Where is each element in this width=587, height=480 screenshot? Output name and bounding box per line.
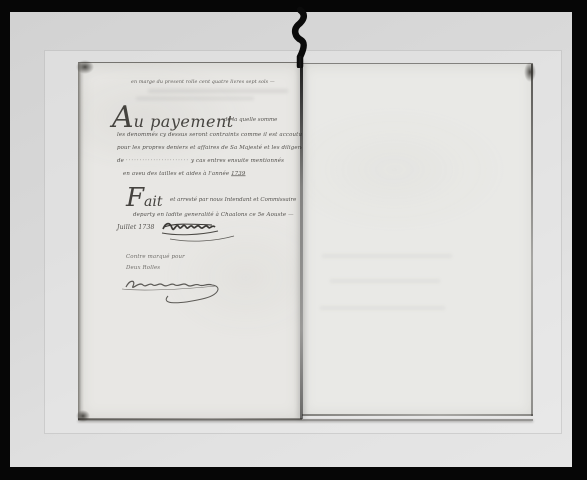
left-page-corner-smudge-top: [76, 60, 94, 74]
ink-showthrough: [320, 306, 445, 310]
payment-line-3: pour les propres deniers et affaires de …: [117, 144, 311, 150]
signature-scribble-daigremont: [118, 273, 236, 309]
fait-opening-line: Fait et arresté par nous Intendant et Co…: [126, 185, 163, 211]
right-page-blank: [302, 63, 533, 416]
payment-opening-line: Au payement de la quelle somme: [112, 103, 234, 133]
ribbon-bookmark: [288, 6, 314, 68]
payment-line-4: de ······················· y cas entres …: [117, 157, 284, 163]
payment-line-4-post: y cas entres ensuite mentionnés: [191, 157, 284, 163]
dotted-leader: ·······················: [126, 157, 189, 163]
fait-line-1: et arresté par nous Intendant et Commiss…: [170, 196, 296, 202]
payment-opening-word: u payement: [134, 112, 234, 131]
payment-line-4-pre: de: [117, 157, 124, 163]
right-page-corner-smudge: [524, 62, 536, 82]
left-page-torn-edge: [78, 63, 84, 420]
signature-scribble-intendant: [160, 215, 252, 245]
ink-showthrough: [322, 254, 452, 258]
ink-showthrough: [330, 279, 440, 283]
scanner-background: en marge du present rolle cent quatre li…: [10, 12, 572, 467]
right-page-bottom-edge: [302, 414, 533, 416]
ink-showthrough: [136, 97, 254, 100]
archival-scan-frame: en marge du present rolle cent quatre li…: [0, 0, 587, 480]
payment-line-5-pre: en aveu des tailles et aides à l'année: [123, 170, 229, 176]
ink-showthrough: [148, 89, 288, 93]
fait-date-line: Juillet 1738: [117, 224, 155, 231]
left-page: en marge du present rolle cent quatre li…: [78, 62, 302, 420]
book-gutter-shadow: [300, 62, 303, 419]
margin-note: en marge du present rolle cent quatre li…: [131, 79, 275, 84]
fait-initial-letter: F: [126, 183, 144, 213]
closing-line-2: Deux Rolles: [126, 264, 160, 270]
payment-opening-suffix: de la quelle somme: [224, 116, 277, 122]
payment-line-2: les denommés cy dessus seront contraints…: [117, 131, 311, 137]
book-bottom-shadow: [78, 419, 533, 421]
year-underlined: 1739: [231, 170, 245, 176]
payment-initial-letter: A: [112, 100, 134, 135]
payment-line-5: en aveu des tailles et aides à l'année 1…: [123, 170, 246, 176]
fait-opening-word: ait: [144, 194, 162, 210]
right-page-right-edge: [531, 64, 533, 416]
closing-line-1: Contre marqué pour: [126, 253, 185, 259]
